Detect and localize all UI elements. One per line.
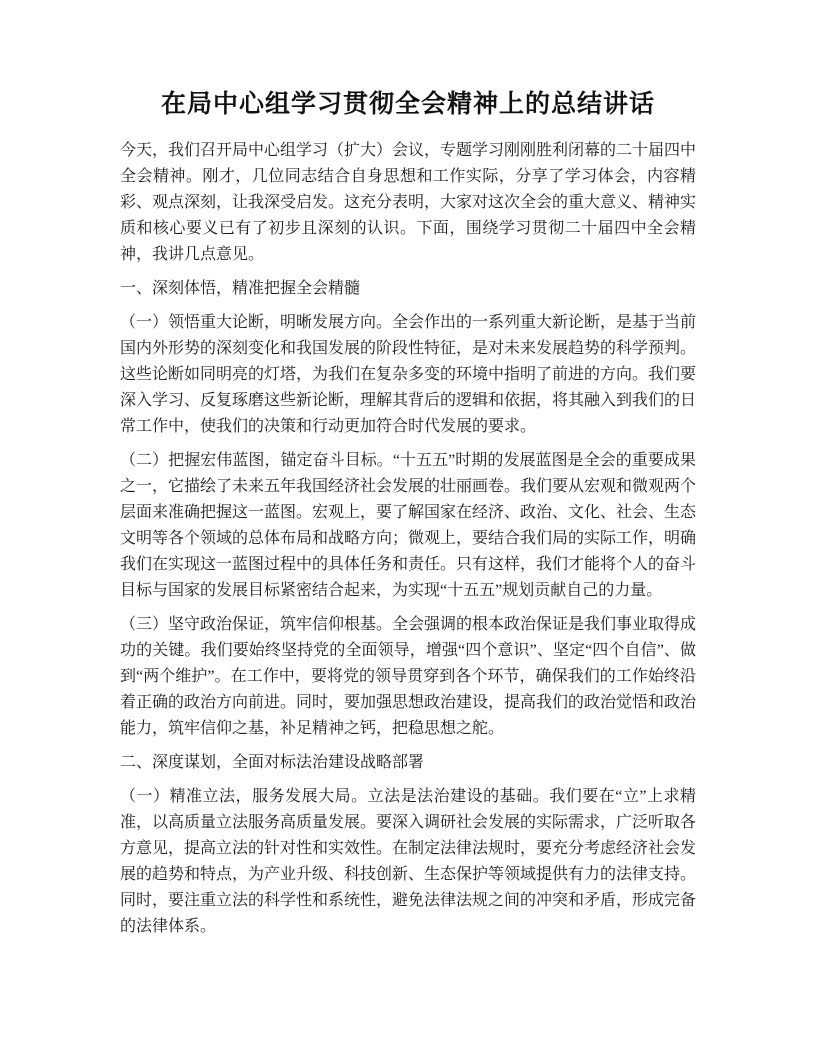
paragraph: 今天，我们召开局中心组学习（扩大）会议，专题学习刚刚胜利闭幕的二十届四中全会精神… — [120, 138, 696, 268]
document-title: 在局中心组学习贯彻全会精神上的总结讲话 — [120, 88, 696, 122]
section-heading: 一、深刻体悟，精准把握全会精髓 — [120, 276, 696, 302]
paragraph: （一）精准立法，服务发展大局。立法是法治建设的基础。我们要在“立”上求精准，以高… — [120, 784, 696, 940]
paragraph: （三）坚守政治保证，筑牢信仰根基。全会强调的根本政治保证是我们事业取得成功的关键… — [120, 612, 696, 742]
paragraph: （一）领悟重大论断，明晰发展方向。全会作出的一系列重大新论断，是基于当前国内外形… — [120, 310, 696, 440]
document-body: 今天，我们召开局中心组学习（扩大）会议，专题学习刚刚胜利闭幕的二十届四中全会精神… — [120, 138, 696, 940]
paragraph: （二）把握宏伟蓝图，锚定奋斗目标。“十五五”时期的发展蓝图是全会的重要成果之一，… — [120, 448, 696, 604]
document-page: 在局中心组学习贯彻全会精神上的总结讲话 今天，我们召开局中心组学习（扩大）会议，… — [0, 0, 816, 1056]
section-heading: 二、深度谋划，全面对标法治建设战略部署 — [120, 750, 696, 776]
